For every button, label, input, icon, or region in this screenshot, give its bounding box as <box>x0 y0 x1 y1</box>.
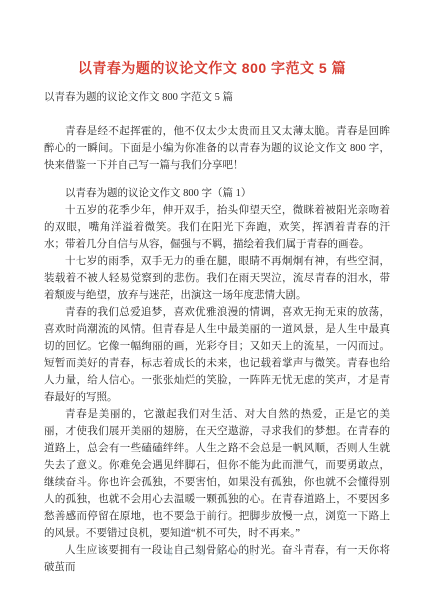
section-heading: 以青春为题的议论文作文 800 字（篇 1） <box>44 185 390 202</box>
intro-paragraph: 青春是经不起挥霍的，他不仅太少太贵而且又太薄太脆。青春是回眸醉心的一瞬间。下面是… <box>44 123 390 174</box>
body-paragraph: 十七岁的雨季，双手无力的垂在腿，眼睛不再炯炯有神，有些空洞，装载着不被人轻易觉察… <box>44 253 390 304</box>
body-paragraph: 青春是美丽的，它激起我们对生活、对大自然的热爱，正是它的美丽，才使我们展开美丽的… <box>44 406 390 542</box>
body-paragraph: 十五岁的花季少年，伸开双手，抬头仰望天空，微眯着被阳光亲吻着的双眼，嘴角洋溢着微… <box>44 202 390 253</box>
document-page: 以青春为题的议论文作文 800 字范文 5 篇 以青春为题的议论文作文 800 … <box>0 0 424 600</box>
body-paragraph: 青春的我们总爱追梦，喜欢优雅浪漫的情调，喜欢无拘无束的放荡，喜欢时尚潮流的风情。… <box>44 304 390 406</box>
document-body: 青春是经不起挥霍的，他不仅太少太贵而且又太薄太脆。青春是回眸醉心的一瞬间。下面是… <box>44 123 390 576</box>
page-number-footer: 第 1 页 共 6 页 <box>0 547 424 558</box>
document-title: 以青春为题的议论文作文 800 字范文 5 篇 <box>0 0 424 78</box>
document-subtitle: 以青春为题的议论文作文 800 字范文 5 篇 <box>44 91 390 105</box>
